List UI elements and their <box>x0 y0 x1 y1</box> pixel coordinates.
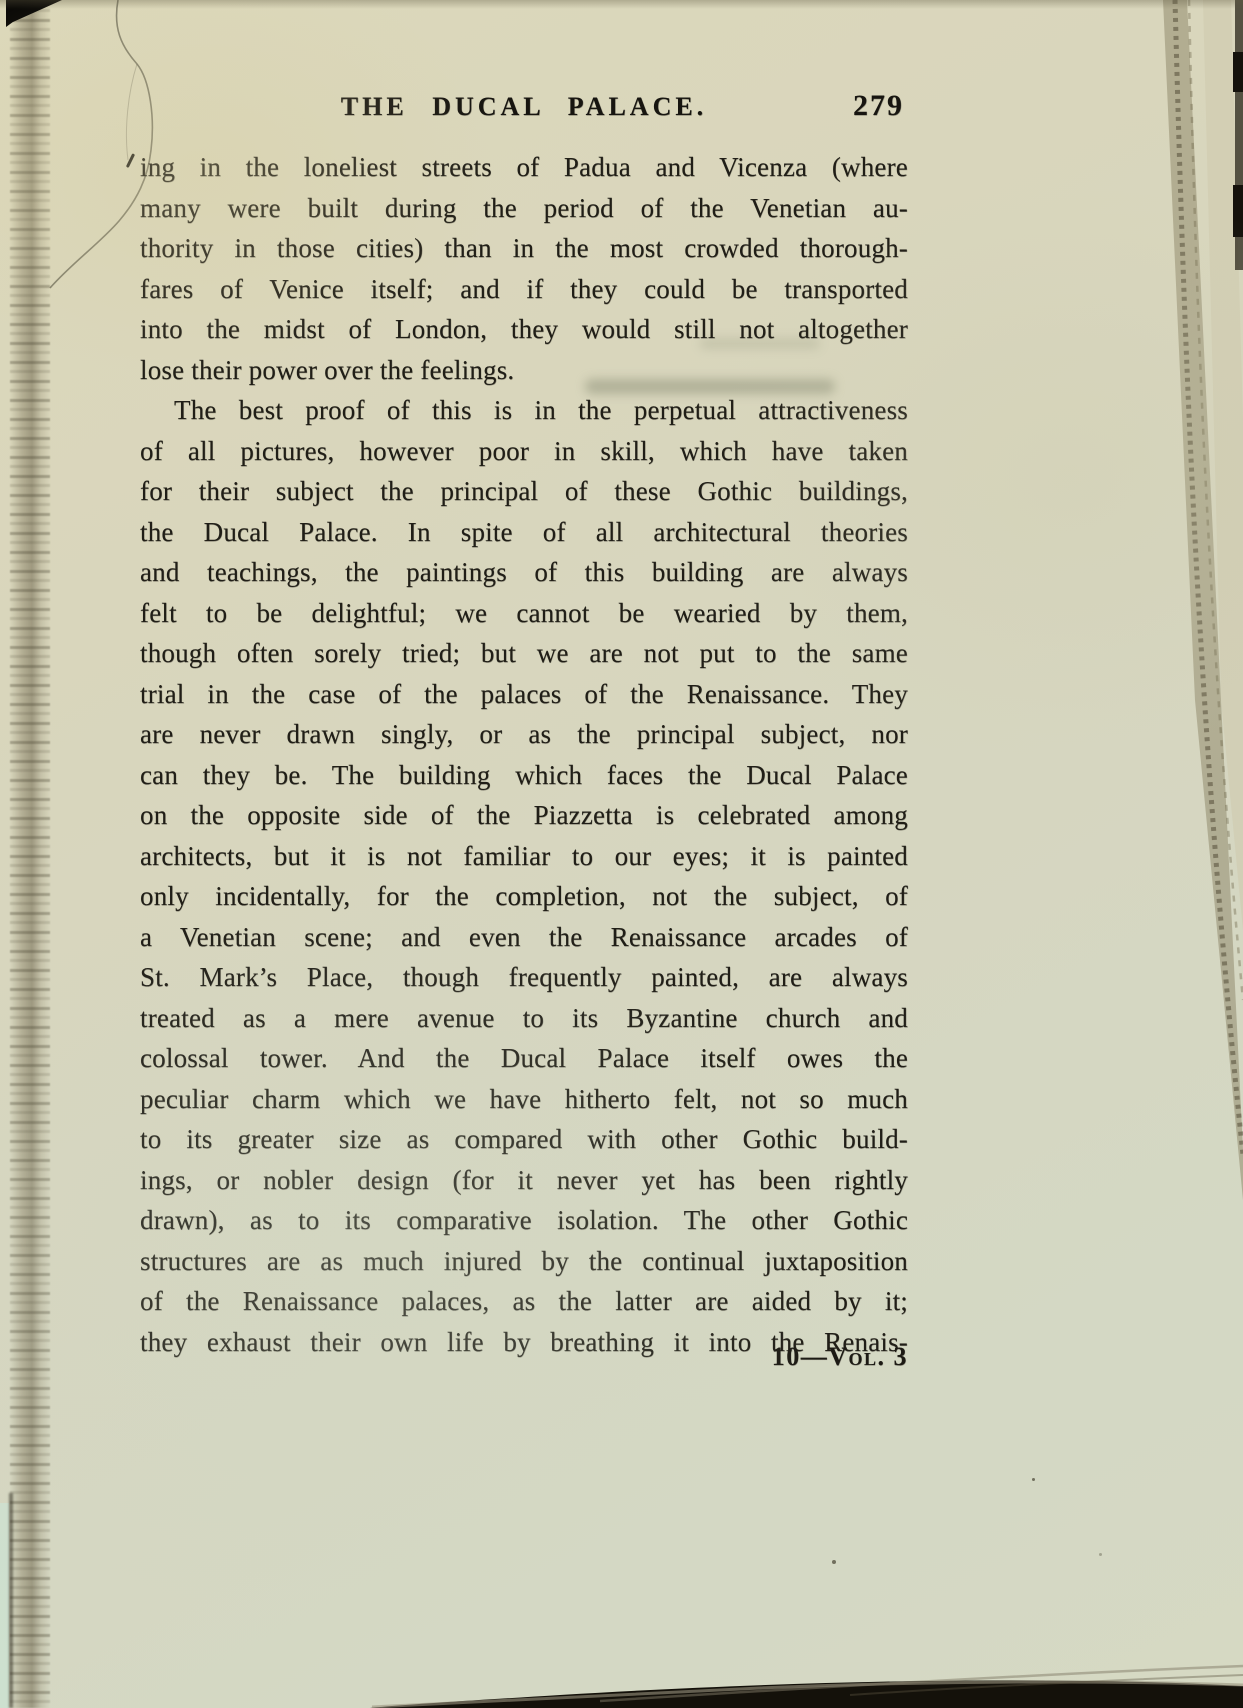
stray-ink-mark <box>126 153 135 168</box>
text-line: thority in those cities) than in the mos… <box>140 228 908 269</box>
ink-speck <box>1032 1478 1035 1481</box>
text-line: only incidentally, for the completion, n… <box>140 876 908 917</box>
text-line: treated as a mere avenue to its Byzantin… <box>140 998 908 1039</box>
bottom-left-cover-edge <box>0 1503 9 1708</box>
text-line: ing in the loneliest streets of Padua an… <box>140 147 908 188</box>
scanned-book-page: THE DUCAL PALACE. 279 ing in the lonelie… <box>0 0 1243 1708</box>
bottom-left-seam <box>9 1493 13 1708</box>
text-line: into the midst of London, they would sti… <box>140 309 908 350</box>
text-line: ings, or nobler design (for it never yet… <box>140 1160 908 1201</box>
text-line: architects, but it is not familiar to ou… <box>140 836 908 877</box>
text-line: for their subject the principal of these… <box>140 471 908 512</box>
page-header: THE DUCAL PALACE. 279 <box>140 92 908 128</box>
text-line: a Venetian scene; and even the Renaissan… <box>140 917 908 958</box>
text-line: trial in the case of the palaces of the … <box>140 674 908 715</box>
text-line: lose their power over the feelings. <box>140 350 908 391</box>
running-title: THE DUCAL PALACE. <box>140 92 908 122</box>
text-line: to its greater size as compared with oth… <box>140 1119 908 1160</box>
text-line: St. Mark’s Place, though frequently pain… <box>140 957 908 998</box>
text-line: are never drawn singly, or as the princi… <box>140 714 908 755</box>
volume-signature: 10—Vol. 3 <box>140 1342 908 1372</box>
ink-speck <box>1099 1553 1102 1556</box>
text-line: peculiar charm which we have hitherto fe… <box>140 1079 908 1120</box>
bottom-page-curl <box>0 1656 1243 1708</box>
text-line: felt to be delightful; we cannot be wear… <box>140 593 908 634</box>
text-line: of the Renaissance palaces, as the latte… <box>140 1281 908 1322</box>
text-line: colossal tower. And the Ducal Palace its… <box>140 1038 908 1079</box>
text-line: on the opposite side of the Piazzetta is… <box>140 795 908 836</box>
body-text: ing in the loneliest streets of Padua an… <box>140 147 908 1362</box>
text-line: the Ducal Palace. In spite of all archit… <box>140 512 908 553</box>
text-line: drawn), as to its comparative isolation.… <box>140 1200 908 1241</box>
text-line: can they be. The building which faces th… <box>140 755 908 796</box>
left-binding-shadow <box>10 0 50 1708</box>
text-line: many were built during the period of the… <box>140 188 908 229</box>
text-line: though often sorely tried; but we are no… <box>140 633 908 674</box>
paragraph: The best proof of this is in the perpetu… <box>140 390 908 1362</box>
right-page-edges <box>1143 0 1243 1260</box>
text-line: and teachings, the paintings of this bui… <box>140 552 908 593</box>
text-line: The best proof of this is in the perpetu… <box>140 390 908 431</box>
ink-speck <box>832 1560 836 1564</box>
paragraph: ing in the loneliest streets of Padua an… <box>140 147 908 390</box>
text-line: fares of Venice itself; and if they coul… <box>140 269 908 310</box>
text-line: of all pictures, however poor in skill, … <box>140 431 908 472</box>
page-number: 279 <box>853 89 904 123</box>
text-line: structures are as much injured by the co… <box>140 1241 908 1282</box>
